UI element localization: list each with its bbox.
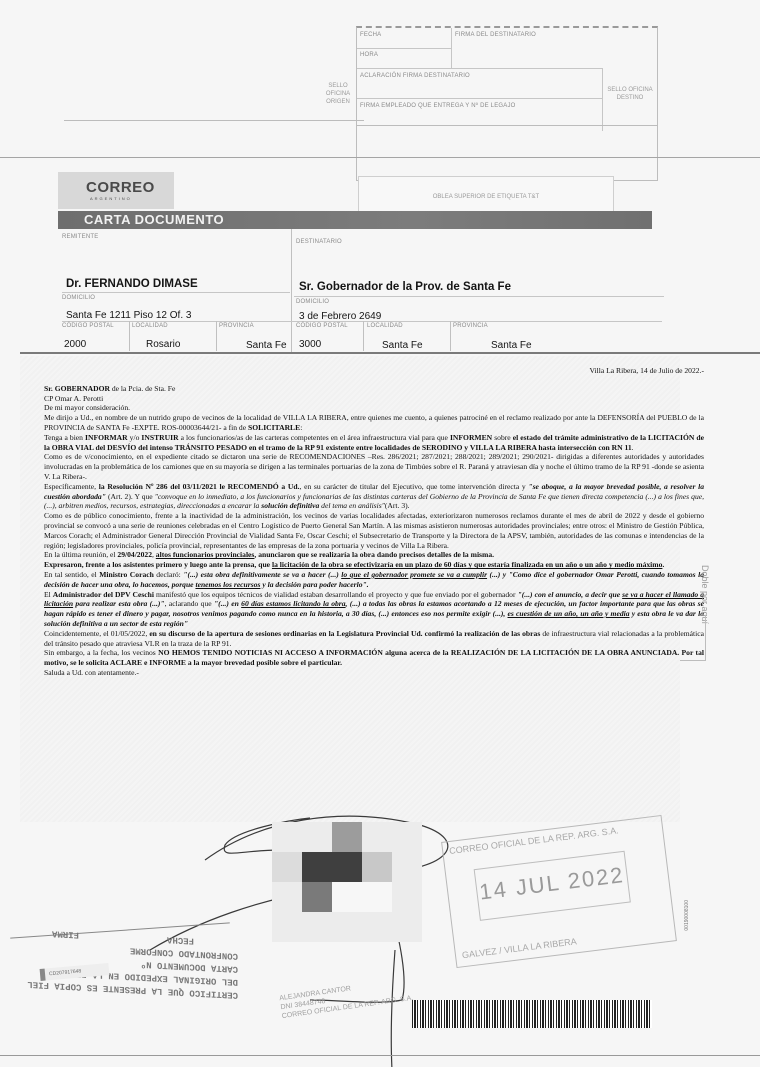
text: del tema en análisis" xyxy=(319,501,385,510)
fecha-label: FECHA xyxy=(360,32,381,38)
document-title: CARTA DOCUMENTO xyxy=(84,212,224,227)
destinatario-localidad-label: LOCALIDAD xyxy=(367,323,403,329)
post-office-stamp: CORREO OFICIAL DE LA REP. ARG. S.A. 14 J… xyxy=(441,815,677,968)
text: . xyxy=(662,560,664,569)
paragraph-5: Como es de público conocimiento, frente … xyxy=(44,511,704,550)
correo-logo: CORREO ARGENTINO xyxy=(58,172,174,209)
divider xyxy=(0,157,760,158)
destinatario-domicilio-label: DOMICILIO xyxy=(296,299,329,305)
divider xyxy=(356,125,658,126)
text: 29/04/2022 xyxy=(117,550,152,559)
text: En tal sentido, el xyxy=(44,570,99,579)
addressee-rest: de la Pcia. de Sta. Fe xyxy=(110,384,175,393)
divider xyxy=(64,120,364,121)
fold-mark xyxy=(705,615,706,660)
text: El xyxy=(44,590,53,599)
stamp-footer: GALVEZ / VILLA LA RIBERA xyxy=(461,936,577,960)
logo-text: CORREO xyxy=(86,179,155,196)
text: "(...) esta obra definitivamente se va a… xyxy=(183,570,341,579)
stamp-date: 14 JUL 2022 xyxy=(476,862,628,906)
stamp-header: CORREO OFICIAL DE LA REP. ARG. S.A. xyxy=(449,825,620,856)
text: alguna acerca de la xyxy=(383,648,451,657)
destinatario-provincia: Santa Fe xyxy=(491,340,532,351)
remitente-localidad: Rosario xyxy=(146,339,180,350)
destinatario-label: DESTINATARIO xyxy=(296,239,342,245)
text: y/o xyxy=(128,433,142,442)
greeting: De mi mayor consideración. xyxy=(44,403,704,413)
text: y la decisión para poder hacerlo". xyxy=(260,580,368,589)
divider xyxy=(62,292,290,293)
firma-destinatario-label: FIRMA DEL DESTINATARIO xyxy=(455,32,536,38)
stamp-date-box: 14 JUL 2022 xyxy=(474,851,631,921)
divider xyxy=(450,321,451,351)
destinatario-provincia-label: PROVINCIA xyxy=(453,323,488,329)
destinatario-localidad: Santa Fe xyxy=(382,340,423,351)
firma-empleado-label: FIRMA EMPLEADO QUE ENTREGA Y Nº DE LEGAJ… xyxy=(360,103,516,109)
divider xyxy=(216,321,217,351)
text: NO HEMOS TENIDO NOTICIAS NI ACCESO A INF… xyxy=(158,648,383,657)
remitente-provincia-label: PROVINCIA xyxy=(219,323,254,329)
text: INFORMEN xyxy=(450,433,492,442)
text: (Art. 2). Y que xyxy=(106,492,155,501)
text: Expresaron, frente a los asistentes prim… xyxy=(44,560,272,569)
text: "(...) con el anuncio, a decir que xyxy=(518,590,623,599)
text: tenemos los recursos xyxy=(195,580,260,589)
remitente-localidad-label: LOCALIDAD xyxy=(132,323,168,329)
text: es cuestión de un año, un año y media xyxy=(508,609,630,618)
destinatario-name: Sr. Gobernador de la Prov. de Santa Fe xyxy=(299,281,511,293)
barcode xyxy=(412,1000,652,1028)
paragraph-11: Sin embargo, a la fecha, los vecinos NO … xyxy=(44,648,704,668)
paragraph-9: El Administrador del DPV Ceschi manifest… xyxy=(44,590,704,629)
text: la Resolución Nº 286 del 03/11/2021 le R… xyxy=(99,482,300,491)
paragraph-1: Me dirijo a Ud., en nombre de un nutrido… xyxy=(44,413,704,433)
text: manifestó que los equipos técnicos de vi… xyxy=(154,590,518,599)
addressee-line-2: CP Omar A. Perotti xyxy=(44,394,704,404)
text: , anunciaron que se realizaría la obra d… xyxy=(254,550,494,559)
text: 60 días estamos licitando la obra xyxy=(241,599,345,608)
addressee-title: Sr. GOBERNADOR xyxy=(44,384,110,393)
divider xyxy=(291,229,292,354)
text: , en su carácter de titular del Ejecutiv… xyxy=(299,482,528,491)
oblea-text: OBLEA SUPERIOR DE ETIQUETA T&T xyxy=(359,193,613,201)
text: Ministro Corach xyxy=(99,570,154,579)
side-code: 00190008100 xyxy=(684,900,690,931)
text: Específicamente, xyxy=(44,482,99,491)
paragraph-4: Específicamente, la Resolución Nº 286 de… xyxy=(44,482,704,511)
divider xyxy=(129,321,130,351)
text: solución definitiva xyxy=(261,501,319,510)
text: En la última reunión, el xyxy=(44,550,117,559)
text: INSTRUIR xyxy=(141,433,178,442)
letter-body: Villa La Ribera, 14 de Julio de 2022.- S… xyxy=(44,366,704,678)
text: Sin embargo, a la fecha, los vecinos xyxy=(44,648,158,657)
paragraph-6: En la última reunión, el 29/04/2022, alt… xyxy=(44,550,704,560)
logo-subtext: ARGENTINO xyxy=(90,196,132,201)
divider xyxy=(363,321,364,351)
paragraph-7: Expresaron, frente a los asistentes prim… xyxy=(44,560,704,570)
text: , aclarando que xyxy=(165,599,214,608)
text: INFORMAR xyxy=(85,433,128,442)
text: "(...) en xyxy=(214,599,241,608)
text: la licitación de la obra se efectivizarí… xyxy=(272,560,662,569)
divider xyxy=(0,1055,760,1056)
text: Tenga a bien xyxy=(44,433,85,442)
remitente-provincia: Santa Fe xyxy=(246,340,287,351)
text: Coincidentemente, el 01/05/2022, xyxy=(44,629,149,638)
remitente-name: Dr. FERNANDO DIMASE xyxy=(66,278,198,290)
text: : xyxy=(300,423,302,432)
text: SOLICITARLE xyxy=(248,423,300,432)
text: lo que el gobernador promete se va a cum… xyxy=(341,570,487,579)
destinatario-cp-label: CÓDIGO POSTAL xyxy=(296,323,348,329)
remitente-label: REMITENTE xyxy=(62,234,98,240)
sello-oficina-origen: SELLO OFICINA ORIGEN xyxy=(318,82,358,106)
certification-block: CERTIFICO QUE LA PRESENTE ES COPIA FIEL … xyxy=(8,924,238,1001)
text: Me dirijo a Ud., en nombre de un nutrido… xyxy=(44,413,704,432)
sello-oficina-destino: SELLO OFICINA DESTINO xyxy=(607,86,653,102)
destinatario-domicilio: 3 de Febrero 2649 xyxy=(299,311,381,322)
text: a los funcionarios/as de las carteras co… xyxy=(179,433,450,442)
text: declaró: xyxy=(154,570,183,579)
divider xyxy=(294,296,664,297)
remitente-cp: 2000 xyxy=(64,339,86,350)
text: para realizar esta obra (...)" xyxy=(73,599,165,608)
paragraph-3: Como es de v/conocimiento, en el expedie… xyxy=(44,452,704,481)
text: sobre xyxy=(492,433,513,442)
text: en su discurso de la apertura de sesione… xyxy=(149,629,540,638)
fold-mark xyxy=(680,660,706,661)
aclaracion-label: ACLARACIÓN FIRMA DESTINATARIO xyxy=(360,73,470,79)
text: (Art. 3). xyxy=(385,501,410,510)
paragraph-2: Tenga a bien INFORMAR y/o INSTRUIR a los… xyxy=(44,433,704,453)
hora-label: HORA xyxy=(360,52,378,58)
paragraph-8: En tal sentido, el Ministro Corach decla… xyxy=(44,570,704,590)
text: altos funcionarios provinciales xyxy=(156,550,255,559)
carta-documento-bar: CARTA DOCUMENTO xyxy=(58,211,652,229)
closing: Saluda a Ud. con atentamente.- xyxy=(44,668,704,678)
remitente-domicilio-label: DOMICILIO xyxy=(62,295,95,301)
text: . xyxy=(632,443,634,452)
paragraph-10: Coincidentemente, el 01/05/2022, en su d… xyxy=(44,629,704,649)
divider xyxy=(20,352,760,354)
addressee-line-1: Sr. GOBERNADOR de la Pcia. de Sta. Fe xyxy=(44,384,704,394)
cert-fecha: FECHA xyxy=(167,932,194,946)
letter-date: Villa La Ribera, 14 de Julio de 2022.- xyxy=(44,366,704,376)
destinatario-cp: 3000 xyxy=(299,339,321,350)
redacted-signature xyxy=(272,822,422,942)
cert-firma: FIRMA xyxy=(52,926,79,940)
text: Administrador del DPV Ceschi xyxy=(53,590,154,599)
remitente-cp-label: CÓDIGO POSTAL xyxy=(62,323,114,329)
remitente-domicilio: Santa Fe 1211 Piso 12 Of. 3 xyxy=(66,310,191,321)
